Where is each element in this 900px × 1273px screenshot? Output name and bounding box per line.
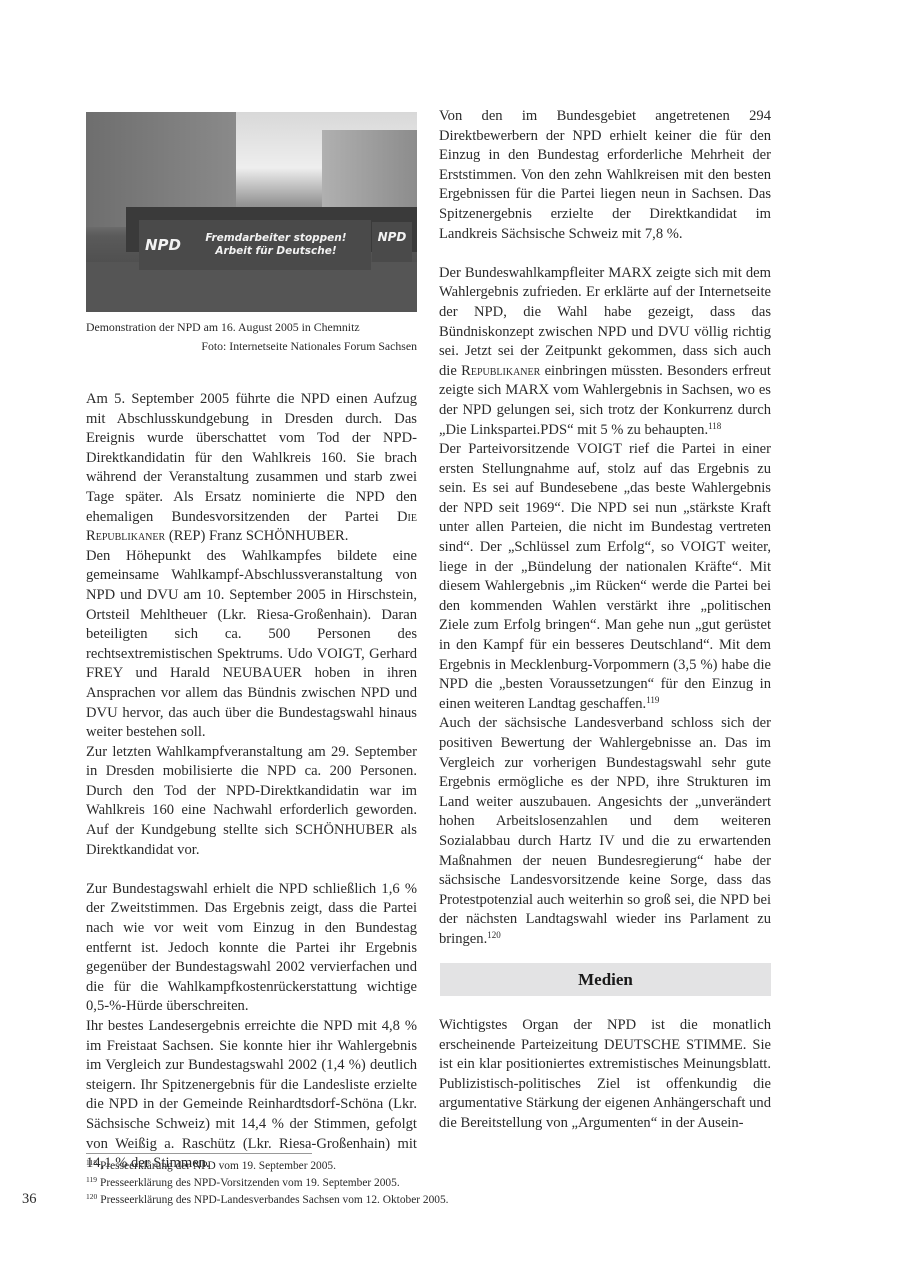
footnote-ref[interactable]: 118 [708, 421, 721, 431]
paragraph-text: Auch der sächsische Landesverband schlos… [439, 715, 771, 947]
paragraph: Ihr bestes Landesergebnis erreichte die … [86, 1017, 417, 1174]
page-number: 36 [22, 1191, 37, 1208]
right-column-continued: Wichtigstes Organ der NPD ist die monatl… [439, 1016, 771, 1134]
footnote: 118Presseerklärung der NPD vom 19. Septe… [86, 1158, 586, 1175]
paragraph: Der Bundeswahlkampfleiter MARX zeigte si… [439, 264, 771, 440]
paragraph: Am 5. September 2005 führte die NPD eine… [86, 390, 417, 547]
footnote-ref[interactable]: 120 [487, 930, 501, 940]
footnote-number: 119 [86, 1175, 97, 1184]
paragraph: Von den im Bundesgebiet angetretenen 294… [439, 107, 771, 244]
photo-credit: Foto: Internetseite Nationales Forum Sac… [86, 337, 417, 356]
footnote-number: 118 [86, 1158, 97, 1167]
paragraph: Zur Bundestagswahl erhielt die NPD schli… [86, 880, 417, 1017]
right-column: Von den im Bundesgebiet angetretenen 294… [439, 107, 771, 950]
section-heading: Medien [578, 970, 633, 990]
footnote-number: 120 [86, 1192, 97, 1201]
paragraph-text-end: (REP) Franz SCHÖNHUBER. [165, 528, 348, 544]
banner-slogan-line2: Arbeit für Deutsche! [215, 245, 336, 257]
paragraph-text: Der Parteivorsitzende VOIGT rief die Par… [439, 441, 771, 712]
paragraph-text: Am 5. September 2005 führte die NPD eine… [86, 391, 417, 525]
footnote-text: Presseerklärung des NPD-Landesverbandes … [100, 1194, 448, 1206]
footnote: 120Presseerklärung des NPD-Landesverband… [86, 1192, 586, 1209]
footnote-text: Presseerklärung der NPD vom 19. Septembe… [100, 1160, 336, 1172]
caption-text: Demonstration der NPD am 16. August 2005… [86, 318, 417, 337]
demonstration-photo: NPD Fremdarbeiter stoppen! Arbeit für De… [86, 112, 417, 312]
figure-caption: Demonstration der NPD am 16. August 2005… [86, 318, 417, 356]
photo-banner-right: NPD [372, 222, 412, 262]
footnotes: 118Presseerklärung der NPD vom 19. Septe… [86, 1158, 586, 1209]
footnote-ref[interactable]: 119 [646, 695, 659, 705]
paragraph: Den Höhepunkt des Wahlkampfes bildete ei… [86, 547, 417, 743]
footnote-divider [86, 1153, 312, 1154]
banner-slogan: Fremdarbeiter stoppen! Arbeit für Deutsc… [187, 232, 365, 258]
paragraph: Zur letzten Wahlkampfveranstaltung am 29… [86, 743, 417, 861]
banner-logo: NPD [145, 236, 181, 254]
paragraph: Auch der sächsische Landesverband schlos… [439, 714, 771, 949]
photo-banner: NPD Fremdarbeiter stoppen! Arbeit für De… [139, 220, 371, 270]
paragraph: Wichtigstes Organ der NPD ist die monatl… [439, 1016, 771, 1134]
section-heading-box: Medien [440, 963, 771, 996]
party-name-smallcaps: Republikaner [461, 363, 540, 379]
left-column: Am 5. September 2005 führte die NPD eine… [86, 390, 417, 1174]
paragraph: Der Parteivorsitzende VOIGT rief die Par… [439, 440, 771, 714]
banner-slogan-line1: Fremdarbeiter stoppen! [205, 232, 346, 244]
footnote: 119Presseerklärung des NPD-Vorsitzenden … [86, 1175, 586, 1192]
footnote-text: Presseerklärung des NPD-Vorsitzenden vom… [100, 1177, 400, 1189]
paragraph-text: Der Bundeswahlkampfleiter MARX zeigte si… [439, 265, 771, 379]
